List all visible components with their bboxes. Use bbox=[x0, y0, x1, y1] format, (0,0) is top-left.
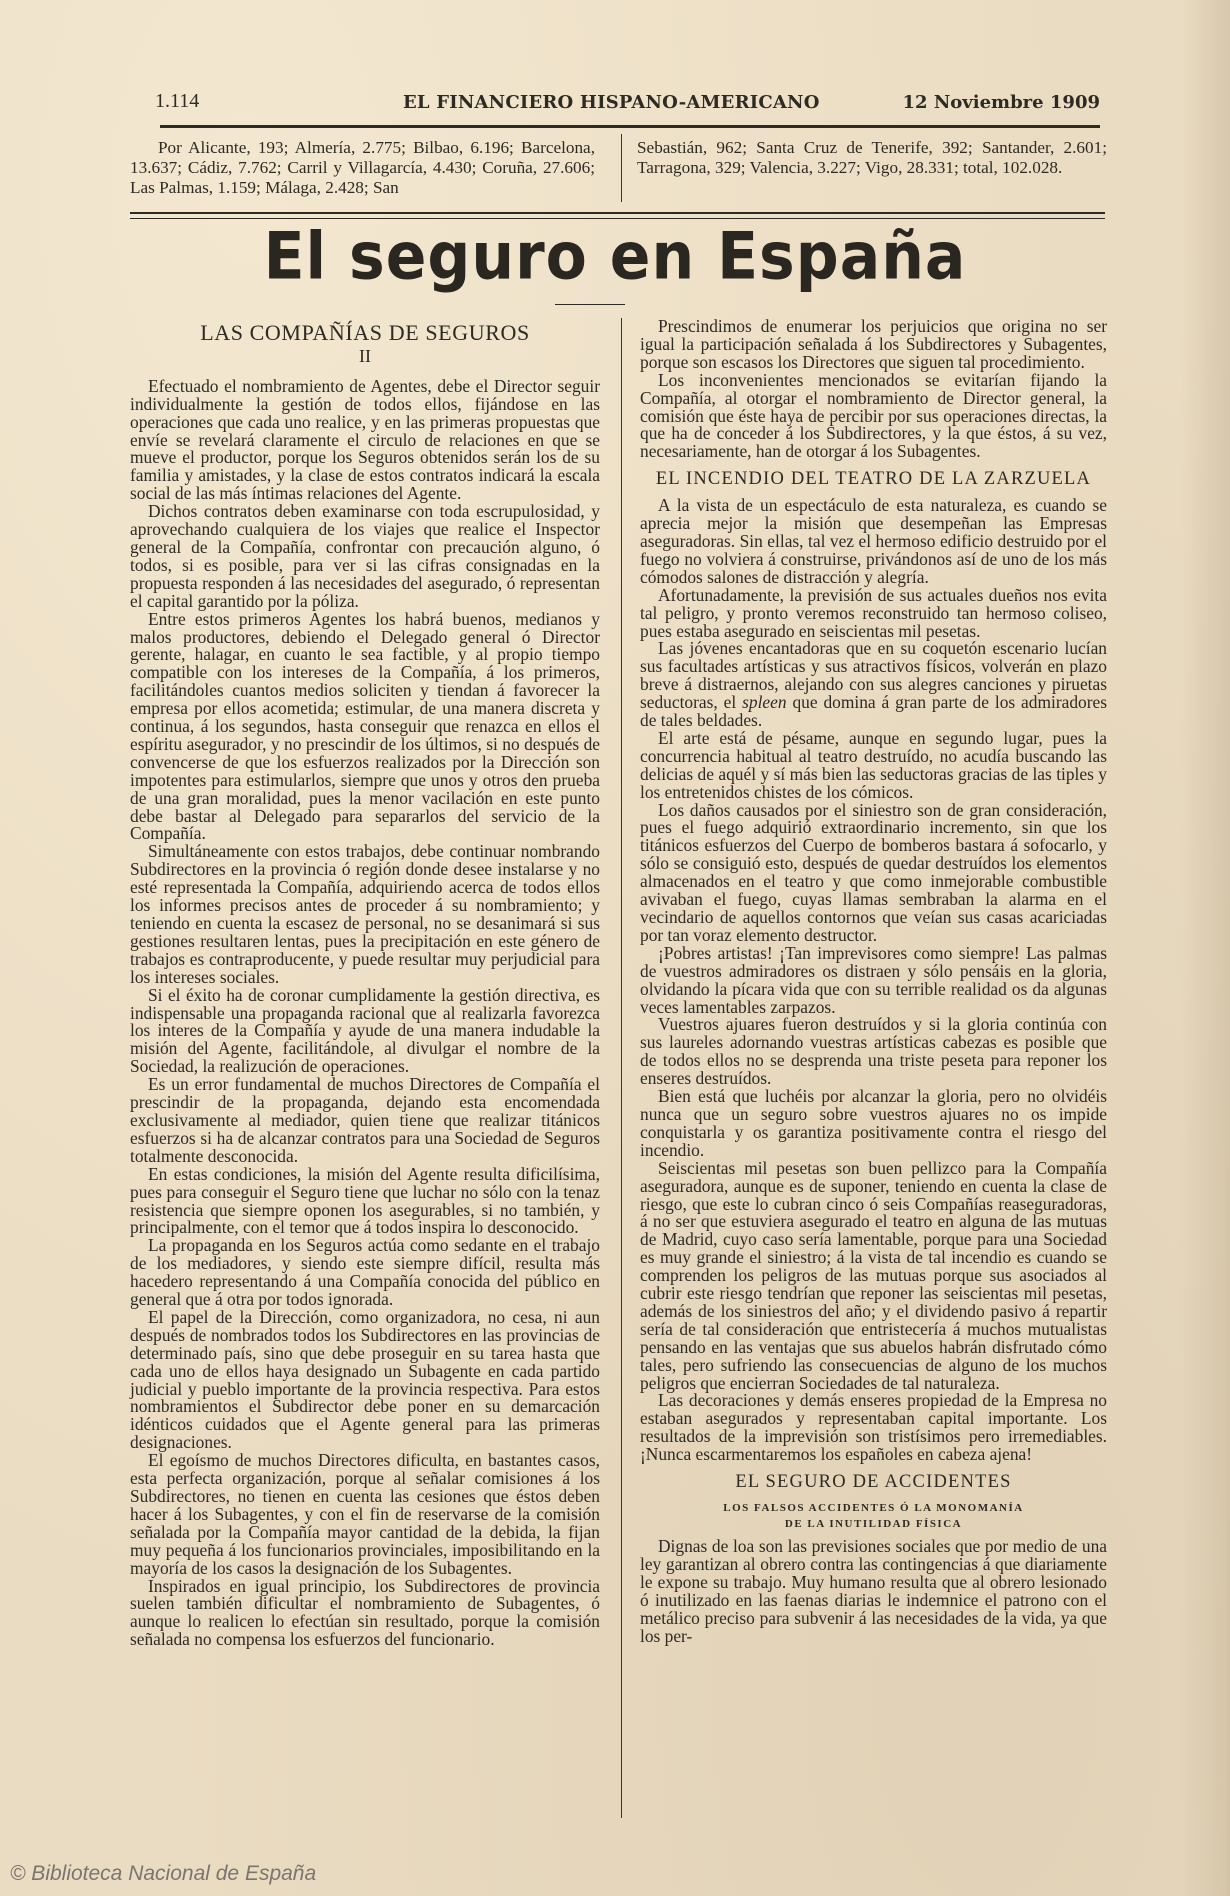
subheading-line-2: DE LA INUTILIDAD FÍSICA bbox=[640, 1516, 1107, 1532]
stats-block-right: Sebastián, 962; Santa Cruz de Tenerife, … bbox=[637, 138, 1107, 178]
issue-date: 12 Noviembre 1909 bbox=[903, 92, 1100, 113]
article-subheading: LOS FALSOS ACCIDENTES Ó LA MONOMANÍA DE … bbox=[640, 1500, 1107, 1532]
left-column: LAS COMPAÑÍAS DE SEGUROS II Efectuado el… bbox=[130, 318, 600, 1649]
paragraph: A la vista de un espectáculo de esta nat… bbox=[640, 497, 1107, 587]
paragraph: ¡Pobres artistas! ¡Tan imprevisores como… bbox=[640, 945, 1107, 1017]
paragraph: Los daños causados por el siniestro son … bbox=[640, 802, 1107, 945]
paragraph: Dichos contratos deben examinarse con to… bbox=[130, 503, 600, 610]
paragraph: Los inconvenientes mencionados se evitar… bbox=[640, 372, 1107, 462]
section-masthead: El seguro en España bbox=[0, 219, 1230, 295]
publication-title: EL FINANCIERO HISPANO-AMERICANO bbox=[403, 92, 820, 113]
paragraph: Prescindimos de enumerar los perjuicios … bbox=[640, 318, 1107, 372]
copyright-watermark: © Biblioteca Nacional de España bbox=[10, 1862, 316, 1886]
article-heading-zarzuela: EL INCENDIO DEL TEATRO DE LA ZARZUELA bbox=[640, 471, 1107, 489]
paragraph-with-emphasis: Las jóvenes encantadoras que en su coque… bbox=[640, 640, 1107, 730]
paragraph: Efectuado el nombramiento de Agentes, de… bbox=[130, 378, 600, 503]
running-head: 1.114 EL FINANCIERO HISPANO-AMERICANO 12… bbox=[155, 90, 1100, 120]
paragraph: La propaganda en los Seguros actúa como … bbox=[130, 1237, 600, 1309]
paragraph: Simultáneamente con estos trabajos, debe… bbox=[130, 843, 600, 986]
paragraph: Entre estos primeros Agentes los habrá b… bbox=[130, 611, 600, 844]
paragraph: Afortunadamente, la previsión de sus act… bbox=[640, 587, 1107, 641]
header-rule bbox=[160, 125, 1100, 128]
paragraph: Bien está que luchéis por alcanzar la gl… bbox=[640, 1088, 1107, 1160]
page-number: 1.114 bbox=[155, 90, 199, 113]
paragraph: Es un error fundamental de muchos Direct… bbox=[130, 1076, 600, 1166]
right-column: Prescindimos de enumerar los perjuicios … bbox=[640, 318, 1107, 1645]
paragraph: Las decoraciones y demás enseres propied… bbox=[640, 1392, 1107, 1464]
article-heading-accidentes: EL SEGURO DE ACCIDENTES bbox=[640, 1474, 1107, 1492]
subheading-line-1: LOS FALSOS ACCIDENTES Ó LA MONOMANÍA bbox=[640, 1500, 1107, 1516]
paragraph: El arte está de pésame, aunque en segund… bbox=[640, 730, 1107, 802]
article-part-number: II bbox=[130, 348, 600, 366]
paragraph: El egoísmo de muchos Directores dificult… bbox=[130, 1452, 600, 1577]
newspaper-page: 1.114 EL FINANCIERO HISPANO-AMERICANO 12… bbox=[0, 0, 1230, 1896]
section-rule-top bbox=[130, 212, 1105, 214]
stats-column-divider bbox=[621, 134, 622, 202]
paragraph: Seiscientas mil pesetas son buen pellizc… bbox=[640, 1160, 1107, 1393]
paragraph: El papel de la Dirección, como organizad… bbox=[130, 1309, 600, 1452]
paragraph: Dignas de loa son las previsiones social… bbox=[640, 1538, 1107, 1645]
paragraph: Si el éxito ha de coronar cumplidamente … bbox=[130, 987, 600, 1077]
column-divider bbox=[621, 318, 622, 1818]
paragraph: Inspirados en igual principio, los Subdi… bbox=[130, 1578, 600, 1650]
stats-block-left: Por Alicante, 193; Almería, 2.775; Bilba… bbox=[130, 138, 595, 198]
paragraph: En estas condiciones, la misión del Agen… bbox=[130, 1166, 600, 1238]
paragraph: Vuestros ajuares fueron destruídos y si … bbox=[640, 1016, 1107, 1088]
masthead-underline bbox=[555, 304, 625, 305]
article-heading-companias: LAS COMPAÑÍAS DE SEGUROS bbox=[130, 324, 600, 342]
